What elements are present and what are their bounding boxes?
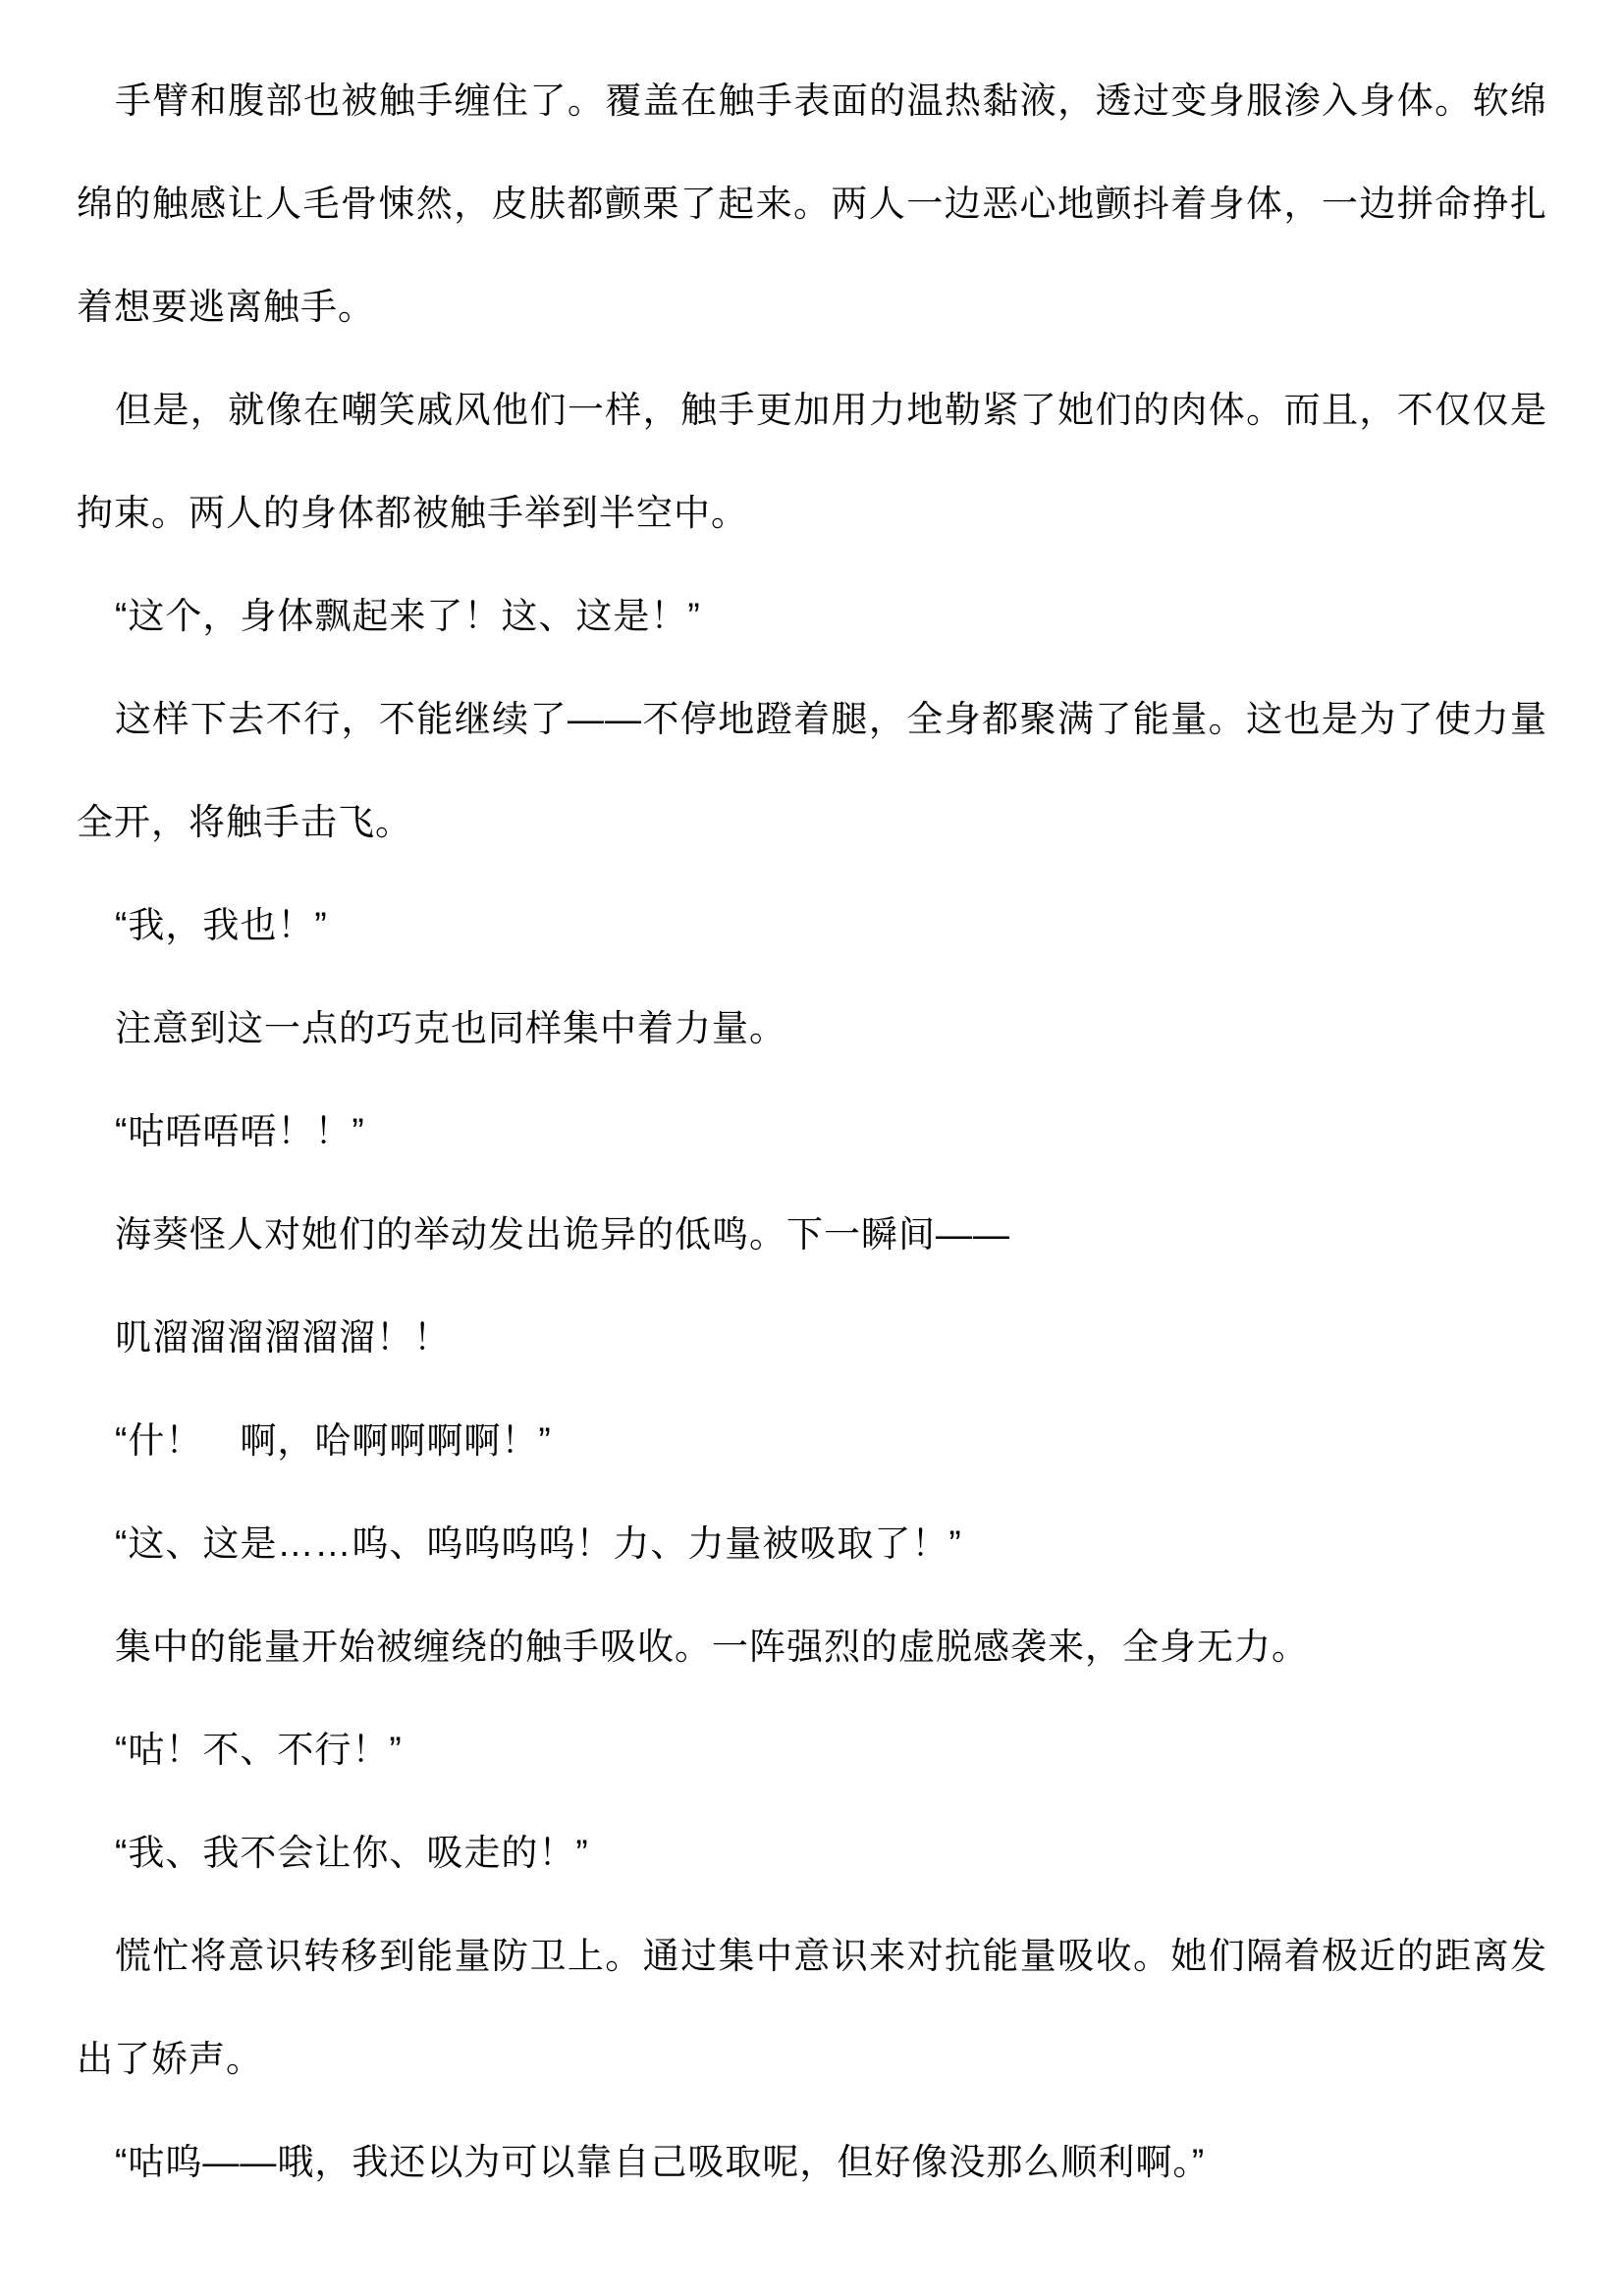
paragraph-narration: 集中的能量开始被缠绕的触手吸收。一阵强烈的虚脱感袭来，全身无力。: [77, 1595, 1547, 1698]
paragraph-sfx: 叽溜溜溜溜溜溜！！: [77, 1286, 1547, 1389]
paragraph-narration: 但是，就像在嘲笑戚风他们一样，触手更加用力地勒紧了她们的肉体。而且，不仅仅是拘束…: [77, 358, 1547, 564]
paragraph-dialogue: “这、这是……呜、呜呜呜呜！力、力量被吸取了！”: [77, 1492, 1547, 1595]
paragraph-narration: 海葵怪人对她们的举动发出诡异的低鸣。下一瞬间——: [77, 1183, 1547, 1286]
paragraph-dialogue: “我、我不会让你、吸走的！”: [77, 1801, 1547, 1904]
paragraph-dialogue: “咕唔唔唔！！”: [77, 1080, 1547, 1183]
paragraph-narration: 这样下去不行，不能继续了——不停地蹬着腿，全身都聚满了能量。这也是为了使力量全开…: [77, 667, 1547, 874]
paragraph-narration: 注意到这一点的巧克也同样集中着力量。: [77, 977, 1547, 1080]
paragraph-narration: 慌忙将意识转移到能量防卫上。通过集中意识来对抗能量吸收。她们隔着极近的距离发出了…: [77, 1904, 1547, 2110]
paragraph-narration: 手臂和腹部也被触手缠住了。覆盖在触手表面的温热黏液，透过变身服渗入身体。软绵绵的…: [77, 49, 1547, 358]
paragraph-dialogue: “咕呜——哦，我还以为可以靠自己吸取呢，但好像没那么顺利啊。”: [77, 2110, 1547, 2214]
paragraph-dialogue: “这个，身体飘起来了！这、这是！”: [77, 564, 1547, 667]
document-page: 手臂和腹部也被触手缠住了。覆盖在触手表面的温热黏液，透过变身服渗入身体。软绵绵的…: [0, 0, 1624, 2296]
paragraph-dialogue: “咕！不、不行！”: [77, 1698, 1547, 1801]
paragraph-dialogue: “我，我也！”: [77, 874, 1547, 977]
paragraph-dialogue: “什！ 啊，哈啊啊啊啊！”: [77, 1389, 1547, 1492]
